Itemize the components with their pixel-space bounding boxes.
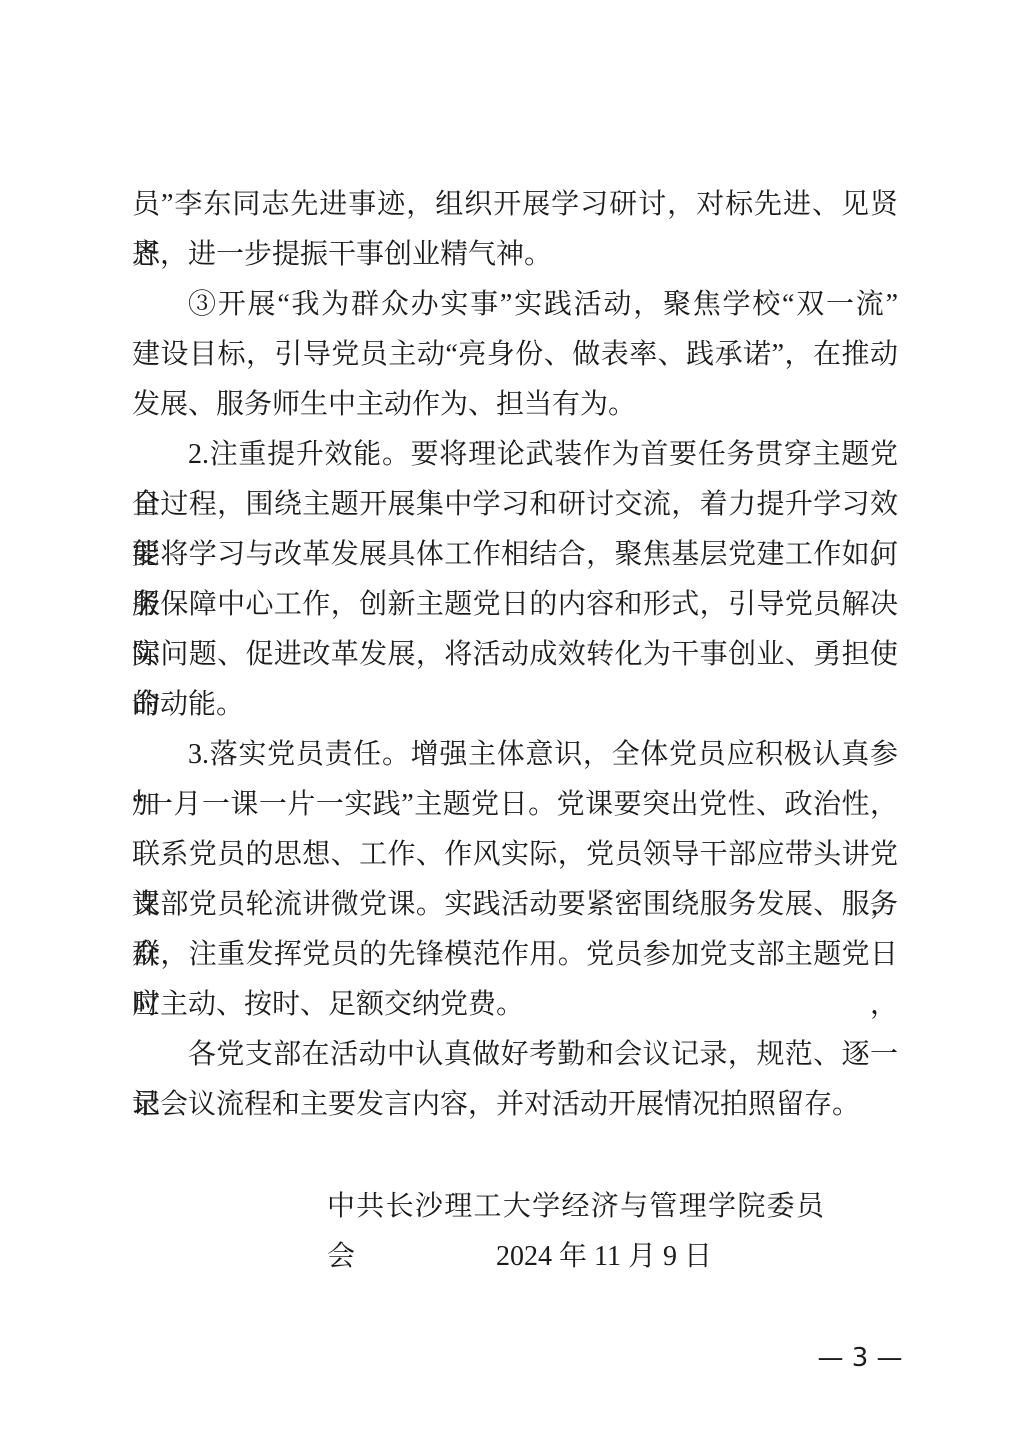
text-line: 3.落实党员责任。增强主体意识，全体党员应积极认真参加 [132,730,898,780]
text-line: 各党支部在活动中认真做好考勤和会议记录，规范、逐一记 [132,1030,898,1080]
text-line: ③开展“我为群众办实事”实践活动，聚焦学校“双一流” [132,280,898,330]
signature-date: 2024 年 11 月 9 日 [454,1232,754,1282]
text-line: 2.注重提升效能。要将理论武装作为首要任务贯穿主题党日 [132,430,898,480]
text-line: 众，注重发挥党员的先锋模范作用。党员参加党支部主题党日时， [132,930,898,980]
text-line: “一月一课一片一实践”主题党日。党课要突出党性、政治性， [132,780,898,830]
text-line: 全过程，围绕主题开展集中学习和研讨交流，着力提升学习效能。 [132,480,898,530]
text-line: 际问题、促进改革发展，将活动成效转化为干事创业、勇担使命 [132,630,898,680]
text-line: 录会议流程和主要发言内容，并对活动开展情况拍照留存。 [132,1080,898,1130]
document-body: 员”李东同志先进事迹，组织开展学习研讨，对标先进、见贤思 齐，进一步提振干事创业… [132,180,898,1130]
text-line: 务保障中心工作，创新主题党日的内容和形式，引导党员解决实 [132,580,898,630]
page-number: — 3 — [805,1338,915,1378]
text-line: 支部党员轮流讲微党课。实践活动要紧密围绕服务发展、服务群 [132,880,898,930]
document-page: 员”李东同志先进事迹，组织开展学习研讨，对标先进、见贤思 齐，进一步提振干事创业… [0,0,1024,1448]
text-line: 建设目标，引导党员主动“亮身份、做表率、践承诺”，在推动 [132,330,898,380]
text-line: 要将学习与改革发展具体工作相结合，聚焦基层党建工作如何服 [132,530,898,580]
text-line: 员”李东同志先进事迹，组织开展学习研讨，对标先进、见贤思 [132,180,898,230]
signature-org: 中共长沙理工大学经济与管理学院委员会 [327,1182,824,1232]
text-line: 发展、服务师生中主动作为、担当有为。 [132,380,898,430]
text-line: 联系党员的思想、工作、作风实际，党员领导干部应带头讲党课， [132,830,898,880]
text-line: 的动能。 [132,680,898,730]
text-line: 齐，进一步提振干事创业精气神。 [132,230,898,280]
